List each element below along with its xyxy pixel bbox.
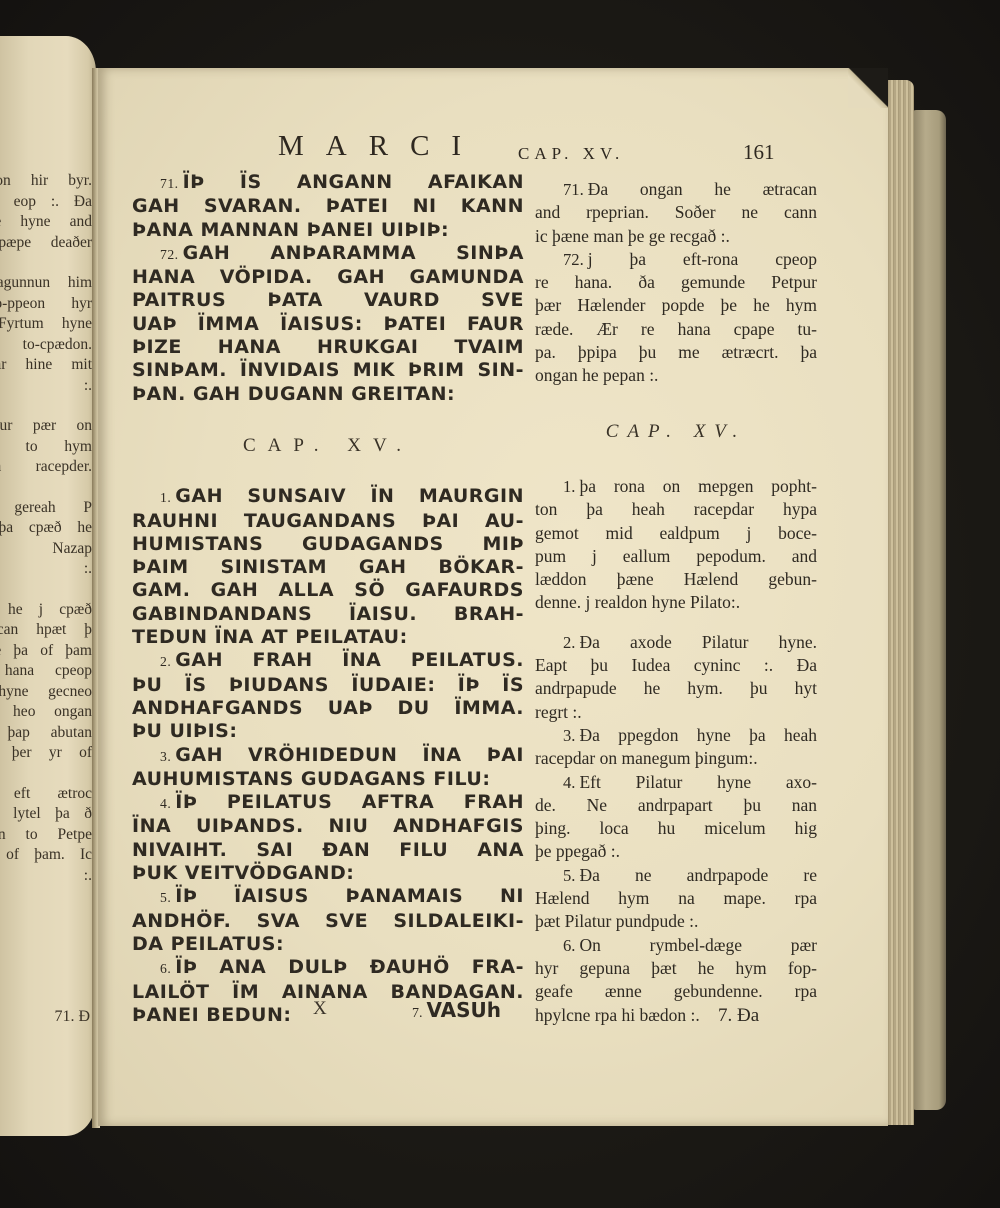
verse-text: ANDhÖF. SVA SVE SILDALEIKI- <box>132 910 524 932</box>
left-page-line: e can hpæt þ <box>0 620 92 641</box>
verse-text: Ða ne andrpapode re <box>579 865 817 885</box>
verse-text: SINÞAM. ÏNVIDAIS MIK ÞRIM SIN- <box>132 359 524 381</box>
verse-line: PAITRUS ÞATA VAURD SVE <box>132 289 524 312</box>
verse-line: GABINDANDANS ÏAISU. BRAh- <box>132 603 524 626</box>
verse-text: UAÞ ÏMMA ÏAISUS: ÞATEI FAUR <box>132 313 524 335</box>
verse-text: ÞU UIÞIS: <box>132 720 237 742</box>
verse-text: Ða ongan he ætracan <box>588 179 817 199</box>
verse-line: racepdar on manegum þingum:. <box>535 747 817 770</box>
gothic-catchword: 7.VASUh <box>412 998 501 1022</box>
verse-line: þæt Pilatur pundpude :. <box>535 910 817 933</box>
verse-text: NIVAIhT. SAI ÐAN FILU ANA <box>132 839 524 861</box>
verse-text: ÞANEI BEDUN: <box>132 1004 291 1026</box>
verse-text: ic þæne man þe ge recgað :. <box>535 226 730 246</box>
verse-text: hANA VÖPIDA. GAh GAMUNDA <box>132 266 524 288</box>
page-fore-edge <box>884 80 914 1125</box>
verse-line: 6.On rymbel-dæge pær <box>535 934 817 957</box>
verse-text: hUMISTANS GUDAGANDS MIÞ <box>132 533 524 555</box>
gothic-text-column: 71.ïþ ïs anganN AFAIKANGAh SVARAN. ÞATEI… <box>132 171 524 1027</box>
verse-line: 3.GAh VRÖhIDEDUN ÏNA ÞAI <box>132 744 524 768</box>
verse-text: GAh ANÞARAMMA SINÞA <box>183 242 524 264</box>
page-corner <box>848 68 888 108</box>
left-page-text: ypbon hir byr.incð eop :. Ðaealle hyne a… <box>0 171 92 886</box>
left-page-line: ædon to Petpe <box>0 825 92 846</box>
left-page-line: he eft ætroc <box>0 784 92 805</box>
verse-number: 5. <box>563 866 575 885</box>
page-number: 161 <box>743 140 775 165</box>
verse-number: 72. <box>160 247 179 262</box>
verse-line: ANDhÖF. SVA SVE SILDALEIKI- <box>132 910 524 933</box>
verse-line: ÞAIM SINISTAM GAh BÖKAR- <box>132 556 524 579</box>
verse-text: ïþ ïs anganN AFAIKAN <box>183 171 524 193</box>
verse-text: þa rona on mepgen popht- <box>579 476 817 496</box>
verse-text: andrpapude he hym. þu hyt <box>535 678 817 698</box>
left-page-line: heah racepder. <box>0 457 92 478</box>
verse-text: RAUHNI TAUGANDANS ÞAI AU- <box>132 510 524 532</box>
verse-line: ÞU ÏS ÞIUDANS ÏUDAIE: ÏÞ ÏS <box>132 674 524 697</box>
verse-text: GAh SUNSAIV ÏN MAURGIN <box>175 485 524 507</box>
verse-line: ongan he pepan :. <box>535 364 817 387</box>
verse-line: 5.Ða ne andrpapode re <box>535 864 817 887</box>
verse-text: þær Hælender popde þe he hym <box>535 295 817 315</box>
verse-line: AUhUMISTANS GUDAGANS FILU: <box>132 768 524 791</box>
verse-line: ÞUK VEITVÖDGAND: <box>132 862 524 885</box>
left-page-line: Petpur pær on <box>0 416 92 437</box>
left-page-line: e pæpe deaðer <box>0 233 92 254</box>
verse-number: 6. <box>563 936 575 955</box>
verse-text: Eapt þu Iudea cyninc :. Ða <box>535 655 817 675</box>
verse-text: On rymbel-dæge pær <box>579 935 817 955</box>
verse-text: pum j eallum pepodum. and <box>535 546 817 566</box>
verse-text: ÞANA MANNAN ÞANEI UIÞIÞ: <box>132 219 449 241</box>
left-page-line <box>0 396 92 416</box>
left-page-line: e :. <box>0 559 92 580</box>
running-head-chapter: CAP. XV. <box>518 144 624 164</box>
verse-line: GAM. GAh ALLA SÖ GAFAURDS <box>132 579 524 602</box>
anglo-saxon-catchword: 7. Ða <box>718 1005 759 1027</box>
verse-number: 6. <box>160 961 171 976</box>
verse-text: AUhUMISTANS GUDAGANS FILU: <box>132 768 490 790</box>
verse-number: 5. <box>160 890 171 905</box>
verse-line: hUMISTANS GUDAGANDS MIÞ <box>132 533 524 556</box>
verse-text: re hana. ða gemunde Petpur <box>535 272 817 292</box>
verse-line: DA PEILATUS: <box>132 933 524 956</box>
catchword-verse-number: 7. <box>412 1006 423 1021</box>
left-page-line: t :. <box>0 866 92 887</box>
heading-spacer <box>535 443 817 475</box>
verse-line: þe ppegað :. <box>535 840 817 863</box>
verse-line: 71.Ða ongan he ætracan <box>535 178 817 201</box>
left-page-line: apt of þam. Ic <box>0 845 92 866</box>
verse-line: hyr gepuna þæt he hym fop- <box>535 957 817 980</box>
verse-line: 72.GAh ANÞARAMMA SINÞA <box>132 242 524 266</box>
verse-text: j þa eft-rona cpeop <box>588 249 817 269</box>
verse-line: gemot mid ealdpum j boce- <box>535 522 817 545</box>
verse-line: and rpeprian. Soðer ne cann <box>535 201 817 224</box>
verse-line: ton þa heah racepdar hypa <box>535 498 817 521</box>
verse-line: 4.ÏÞ PEILATUS AFTRA FRAh <box>132 791 524 815</box>
verse-line: geafe ænne gebundenne. rpa <box>535 980 817 1003</box>
verse-text: ÏÞ ÏAISUS ÞANAMAIS NI <box>175 885 524 907</box>
verse-line: pa. þpipa þu me ætræcrt. þa <box>535 341 817 364</box>
verse-spacer <box>535 615 817 631</box>
verse-line: hpylcne rpa hi bædon :. <box>535 1004 817 1027</box>
left-page-line: roc he j cpæð <box>0 600 92 621</box>
verse-line: Hælend hym na mape. rpa <box>535 887 817 910</box>
verse-line: pum j eallum pepodum. and <box>535 545 817 568</box>
verse-text: de. Ne andrpapart þu nan <box>535 795 817 815</box>
printer-signature-mark: X <box>313 998 327 1020</box>
verse-number: 3. <box>160 749 171 764</box>
verse-text: regrt :. <box>535 702 582 722</box>
verse-text: denne. j realdon hyne Pilato:. <box>535 592 740 612</box>
left-page-line <box>0 253 92 273</box>
verse-line: 2.Ða axode Pilatur hyne. <box>535 631 817 654</box>
verse-text: TEDUN ÏNA AT PEILATAU: <box>132 626 408 648</box>
verse-text: racepdar on manegum þingum:. <box>535 748 758 768</box>
left-page-line: ealle hyne and <box>0 212 92 233</box>
verse-number: 4. <box>160 796 171 811</box>
verse-text: PAITRUS ÞATA VAURD SVE <box>132 289 524 311</box>
left-page-line: he þap abutan <box>0 723 92 744</box>
verse-text: ÏNA UIÞANDS. NIU ANDhAFGIS <box>132 815 524 837</box>
catchword-text: VASUh <box>427 998 501 1022</box>
verse-line: ANDhAFGANDS UAÞ DU ÏMMA. <box>132 697 524 720</box>
left-page-line: mbe lytel þa ð <box>0 804 92 825</box>
left-page-line: and heo ongan <box>0 702 92 723</box>
verse-line: Eapt þu Iudea cyninc :. Ða <box>535 654 817 677</box>
verse-text: GAh FRAh ÏNA PEILATUS. <box>175 649 524 671</box>
verse-text: GAM. GAh ALLA SÖ GAFAURDS <box>132 579 524 601</box>
verse-text: þæt Pilatur pundpude :. <box>535 911 698 931</box>
verse-line: 3.Ða ppegdon hyne þa heah <box>535 724 817 747</box>
verse-text: geafe ænne gebundenne. rpa <box>535 981 817 1001</box>
left-page-line <box>0 478 92 498</box>
left-page-line: eode þa of þam <box>0 641 92 662</box>
verse-text: ÞUK VEITVÖDGAND: <box>132 862 354 884</box>
verse-text: Ða ppegdon hyne þa heah <box>579 725 817 745</box>
verse-line: ÏNA UIÞANDS. NIU ANDhAFGIS <box>132 815 524 838</box>
verse-text: Hælend hym na mape. rpa <box>535 888 817 908</box>
verse-text: ÏÞ ANA DULÞ ÐAUHÖ FRA- <box>175 956 524 978</box>
left-page-fragment: ypbon hir byr.incð eop :. Ðaealle hyne a… <box>0 36 96 1136</box>
verse-line: ræde. Ær re hana cpape tu- <box>535 318 817 341</box>
verse-text: gemot mid ealdpum j boce- <box>535 523 817 543</box>
verse-text: GAh VRÖhIDEDUN ÏNA ÞAI <box>175 744 524 766</box>
verse-line: ÞIZE hANA hRUKGAI TVAIM <box>132 336 524 359</box>
left-page-line: opep-ppeon hyr <box>0 294 92 315</box>
verse-text: þe ppegað :. <box>535 841 620 861</box>
verse-line: de. Ne andrpapart þu nan <box>535 794 817 817</box>
left-page-line: lice þer yr of <box>0 743 92 764</box>
verse-text: GABINDANDANS ÏAISU. BRAh- <box>132 603 524 625</box>
book-cover-edge <box>912 110 946 1110</box>
verse-text: DA PEILATUS: <box>132 933 284 955</box>
verse-line: re hana. ða gemunde Petpur <box>535 271 817 294</box>
verse-line: hANA VÖPIDA. GAh GAMUNDA <box>132 266 524 289</box>
heading-spacer <box>132 406 524 434</box>
verse-text: and rpeprian. Soðer ne cann <box>535 202 817 222</box>
verse-line: SINÞAM. ÏNVIDAIS MIK ÞRIM SIN- <box>132 359 524 382</box>
verse-number: 1. <box>160 490 171 505</box>
verse-text: pa. þpipa þu me ætræcrt. þa <box>535 342 817 362</box>
verse-text: ÞIZE hANA hRUKGAI TVAIM <box>132 336 524 358</box>
left-page-line <box>0 580 92 600</box>
verse-number: 71. <box>563 180 584 199</box>
verse-text: Eft Pilatur hyne axo- <box>579 772 817 792</box>
left-page-line: incð eop :. Ða <box>0 192 92 213</box>
verse-line: RAUHNI TAUGANDANS ÞAI AU- <box>132 510 524 533</box>
verse-line: 72.j þa eft-rona cpeop <box>535 248 817 271</box>
verse-line: UAÞ ÏMMA ÏAISUS: ÞATEI FAUR <box>132 313 524 336</box>
verse-text: hyr gepuna þæt he hym fop- <box>535 958 817 978</box>
left-page-line <box>0 764 92 784</box>
verse-number: 4. <box>563 773 575 792</box>
left-page-line: a hyne gecneo <box>0 682 92 703</box>
chapter-heading: CAP. XV. <box>132 434 524 457</box>
verse-line: andrpapude he hym. þu hyt <box>535 677 817 700</box>
verse-line: 4.Eft Pilatur hyne axo- <box>535 771 817 794</box>
left-page-line: ypbon hir byr. <box>0 171 92 192</box>
verse-text: GAh SVARAN. ÞATEI NI KANN <box>132 195 524 217</box>
left-page-line: ð Fyrtum hyne <box>0 314 92 335</box>
verse-line: læddon þæne Hælend gebun- <box>535 568 817 591</box>
chapter-heading: CAP. XV. <box>535 420 817 443</box>
heading-spacer <box>132 457 524 485</box>
verse-line: TEDUN ÏNA AT PEILATAU: <box>132 626 524 649</box>
left-page-line: þam Nazap <box>0 539 92 560</box>
verse-text: ÏÞ PEILATUS AFTRA FRAh <box>175 791 524 813</box>
verse-number: 72. <box>563 250 584 269</box>
verse-text: ongan he pepan :. <box>535 365 658 385</box>
left-page-line: com to hym <box>0 437 92 458</box>
verse-line: ÞAN. GAh DUGANN GREITAN: <box>132 383 524 406</box>
heading-spacer <box>535 388 817 420</box>
verse-line: þær Hælender popde þe he hym <box>535 294 817 317</box>
verse-text: þing. loca hu micelum hig <box>535 818 817 838</box>
verse-number: 2. <box>160 654 171 669</box>
verse-line: ÞU UIÞIS: <box>132 720 524 743</box>
verse-number: 2. <box>563 633 575 652</box>
left-page-line: e agunnun him <box>0 273 92 294</box>
verse-text: Ða axode Pilatur hyne. <box>579 632 817 652</box>
verse-text: læddon þæne Hælend gebun- <box>535 569 817 589</box>
verse-text: ANDhAFGANDS UAÞ DU ÏMMA. <box>132 697 524 719</box>
left-page-line: re hana cpeop <box>0 661 92 682</box>
left-page-line: on :. <box>0 376 92 397</box>
verse-line: denne. j realdon hyne Pilato:. <box>535 591 817 614</box>
verse-line: 1.þa rona on mepgen popht- <box>535 475 817 498</box>
verse-number: 3. <box>563 726 575 745</box>
left-page-line: him to-cpædon. <box>0 335 92 356</box>
verse-line: þing. loca hu micelum hig <box>535 817 817 840</box>
anglo-saxon-text-column: 71.Ða ongan he ætracanand rpeprian. Soðe… <box>535 178 817 1027</box>
running-head: MARCI CAP. XV. 161 <box>278 130 798 170</box>
verse-text: ÞU ÏS ÞIUDANS ÏUDAIE: ÏÞ ÏS <box>132 674 524 696</box>
verse-line: GAh SVARAN. ÞATEI NI KANN <box>132 195 524 218</box>
verse-text: ÞAN. GAh DUGANN GREITAN: <box>132 383 455 405</box>
left-page-line: e. þa cpæð he <box>0 518 92 539</box>
verse-line: 71.ïþ ïs anganN AFAIKAN <box>132 171 524 195</box>
verse-line: regrt :. <box>535 701 817 724</box>
verse-text: ton þa heah racepdar hypa <box>535 499 817 519</box>
verse-text: ÞAIM SINISTAM GAh BÖKAR- <box>132 556 524 578</box>
left-page-line: eo gereah P <box>0 498 92 519</box>
verse-text: hpylcne rpa hi bædon :. <box>535 1005 700 1025</box>
verse-line: 1.GAh SUNSAIV ÏN MAURGIN <box>132 485 524 509</box>
left-page-line: þenar hine mit <box>0 355 92 376</box>
verse-line: 6.ÏÞ ANA DULÞ ÐAUHÖ FRA- <box>132 956 524 980</box>
running-head-title: MARCI <box>278 130 483 163</box>
verse-line: 5.ÏÞ ÏAISUS ÞANAMAIS NI <box>132 885 524 909</box>
verse-number: 1. <box>563 477 575 496</box>
verse-line: NIVAIhT. SAI ÐAN FILU ANA <box>132 839 524 862</box>
left-page-catchword: 71. Ð <box>54 1008 90 1026</box>
verse-line: ÞANA MANNAN ÞANEI UIÞIÞ: <box>132 219 524 242</box>
verse-number: 71. <box>160 176 179 191</box>
verse-line: ic þæne man þe ge recgað :. <box>535 225 817 248</box>
verse-line: 2.GAh FRAh ÏNA PEILATUS. <box>132 649 524 673</box>
verse-text: ræde. Ær re hana cpape tu- <box>535 319 817 339</box>
